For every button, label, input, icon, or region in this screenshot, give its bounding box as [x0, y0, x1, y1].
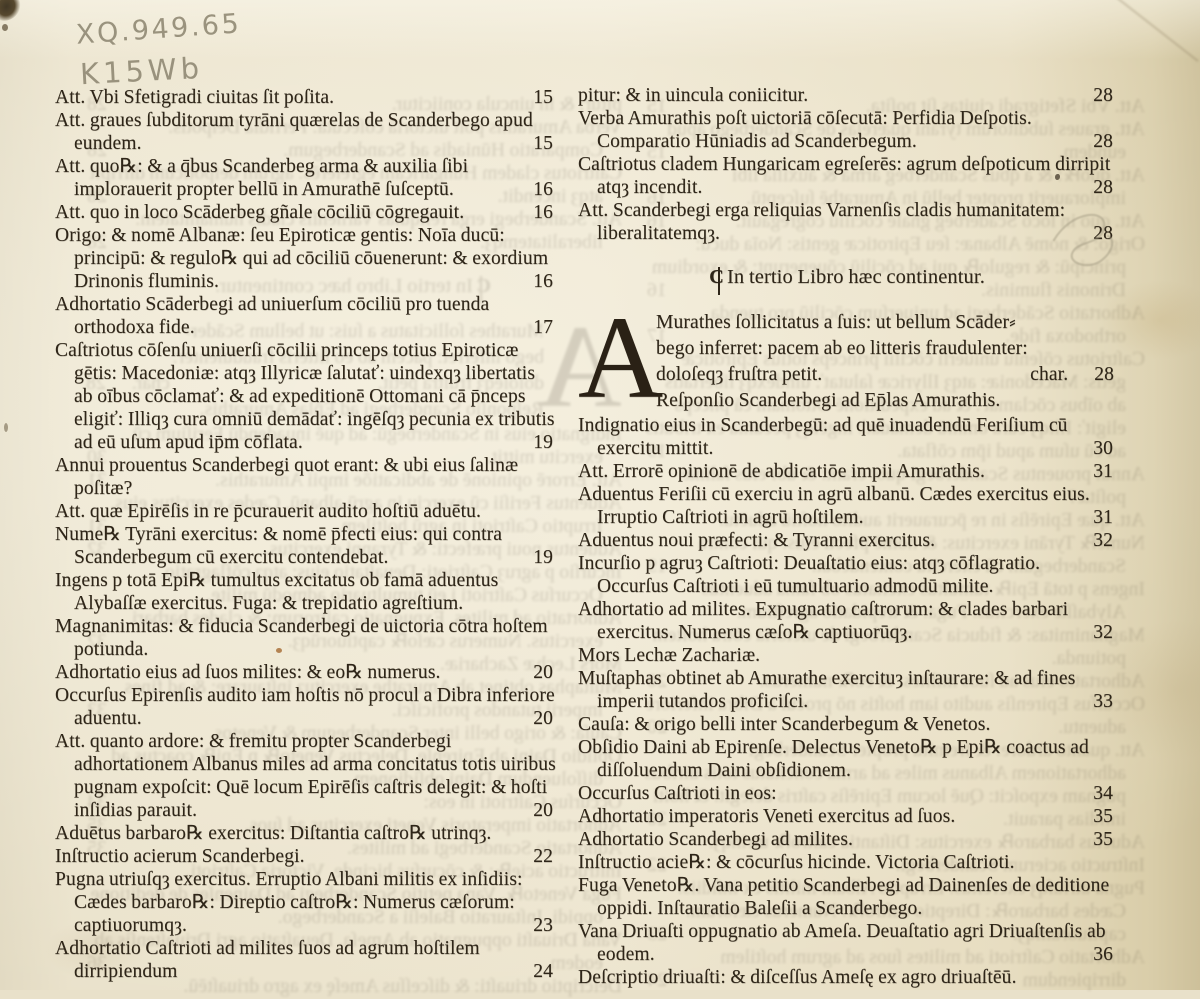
- toc-entry: Inſtructio acie℞: & cōcurſus hicinde. Vi…: [578, 851, 1116, 874]
- entry-text: Nume℞ Tyrāni exercitus: & nomē p̄fecti e…: [55, 524, 502, 568]
- opening-line: bego inferret: pacem ab eo litteris frau…: [578, 336, 1116, 362]
- toc-entry: Occurſus Caſtrioti in eos:34: [578, 782, 1116, 805]
- toc-entry: Att. Vbi Sfetigradi ciuitas ſit poſita.1…: [55, 86, 556, 109]
- toc-column-left: Att. Vbi Sfetigradi ciuitas ſit poſita.1…: [55, 86, 556, 983]
- entry-text: Att. quo in loco Scāderbeg gñale cōciliū…: [55, 202, 464, 223]
- page-number: 19: [533, 431, 553, 454]
- entry-text: Pugna utriuſqȝ exercitus. Erruptio Alban…: [55, 869, 523, 936]
- toc-entries-book3: Indignatio eius in Scanderbegū: ad quē i…: [578, 414, 1116, 989]
- page-number: 16: [533, 201, 553, 224]
- entry-text: Caſtriotus cōſenſu uniuerſi cōcilii prin…: [55, 340, 555, 453]
- toc-entry: Caſtriotus cōſenſu uniuerſi cōcilii prin…: [55, 339, 556, 454]
- entry-text: Adhortatio imperatoris Veneti exercitus …: [578, 806, 955, 827]
- toc-entry: Nume℞ Tyrāni exercitus: & nomē p̄fecti e…: [55, 523, 556, 569]
- page-number: 28: [1093, 176, 1113, 199]
- toc-entry: Pugna utriuſqȝ exercitus. Erruptio Alban…: [55, 868, 556, 937]
- page-number: 19: [533, 546, 553, 569]
- entry-text: Mors Lechæ Zachariæ.: [578, 645, 760, 666]
- toc-entry: Fuga Veneto℞. Vana petitio Scanderbegi a…: [578, 874, 1116, 920]
- toc-entry: Muſtaphas obtinet ab Amurathe exercituȝ …: [578, 667, 1116, 713]
- toc-entry: Att. Errorē opinionē de abdicatiōe impii…: [578, 460, 1116, 483]
- entry-text: Occurſus Caſtrioti in eos:: [578, 783, 777, 804]
- toc-entry: Att. quanto ardore: & fremitu propter Sc…: [55, 730, 556, 822]
- entry-text: Cauſa: & origo belli inter Scanderbegum …: [578, 714, 991, 735]
- page-number: 20: [533, 799, 553, 822]
- entry-text: Adhortatio Scanderbegi ad milites.: [578, 829, 853, 850]
- entry-text: Att. quanto ardore: & fremitu propter Sc…: [55, 731, 556, 821]
- entry-text: Aduentus Feriſii cū exerciu in agrū alba…: [578, 484, 1090, 528]
- entry-text: Annui prouentus Scanderbegi quot erant: …: [55, 455, 518, 499]
- page-number: 34: [1093, 782, 1113, 805]
- entry-text: Att. Scanderbegi erga reliquias Varnenſi…: [578, 200, 1065, 244]
- toc-entry: Aduentus noui præfecti: & Tyranni exerci…: [578, 529, 1116, 552]
- page-number: 31: [1093, 506, 1113, 529]
- capitulum-mark: C: [709, 266, 724, 289]
- toc-entries-book2-end: pitur: & in uincula coniicitur.28Verba A…: [578, 84, 1116, 245]
- page-number: 32: [1093, 529, 1113, 552]
- chapter-ref: char.28: [1030, 362, 1114, 388]
- opening-line-text: doloſeqȝ fruſtra petit.: [656, 364, 822, 385]
- toc-entry: pitur: & in uincula coniicitur.28: [578, 84, 1116, 107]
- entry-text: Inſtructio acie℞: & cōcurſus hicinde. Vi…: [578, 852, 1015, 873]
- page-number: 28: [1093, 130, 1113, 153]
- chapter-ref-page: 28: [1094, 364, 1114, 385]
- toc-entry: Occurſus Epirenſis audito iam hoſtis nō …: [55, 684, 556, 730]
- toc-entry: Adhortatio Scāderbegi ad uniuerſum cōcil…: [55, 293, 556, 339]
- entry-text: Ingens p totā Epi℞ tumultus excitatus ob…: [55, 570, 498, 614]
- paper-stain: [4, 423, 8, 432]
- ink-blot: [0, 0, 25, 26]
- toc-entry: Annui prouentus Scanderbegi quot erant: …: [55, 454, 556, 500]
- paper-crease: [1079, 0, 1198, 62]
- toc-entry: Att. quæ Epirēſis in re p̄curauerit audi…: [55, 500, 556, 523]
- toc-entry: Ingens p totā Epi℞ tumultus excitatus ob…: [55, 569, 556, 615]
- page-number: 30: [1093, 437, 1113, 460]
- toc-entry: Aduētus barbaro℞ exercitus: Diſtantia ca…: [55, 822, 556, 845]
- page-number: 17: [533, 316, 553, 339]
- toc-entry: Mors Lechæ Zachariæ.: [578, 644, 1116, 667]
- page-number: 23: [533, 914, 553, 937]
- toc-entry: Att. quo in loco Scāderbeg gñale cōciliū…: [55, 201, 556, 224]
- toc-entry: Adhortatio Caſtrioti ad milites ſuos ad …: [55, 937, 556, 983]
- page-number: 16: [533, 270, 553, 293]
- entry-text: pitur: & in uincula coniicitur.: [578, 85, 808, 106]
- entry-text: Aduētus barbaro℞ exercitus: Diſtantia ca…: [55, 823, 491, 844]
- entry-text: Muſtaphas obtinet ab Amurathe exercituȝ …: [578, 668, 1075, 712]
- page-number: 35: [1093, 828, 1113, 851]
- page-number: 35: [1093, 805, 1113, 828]
- toc-entry: Aduentus Feriſii cū exerciu in agrū alba…: [578, 483, 1116, 529]
- opening-response-line: Reſponſio Scanderbegi ad Ep̄las Amurathi…: [578, 388, 1116, 414]
- toc-entry: Adhortatio ad milites. Expugnatio caſtro…: [578, 598, 1116, 644]
- entry-text: Att. Errorē opinionē de abdicatiōe impii…: [578, 461, 985, 482]
- scanned-page: Att. Vbi Sfetigradi ciuitas ſit poſita.1…: [0, 0, 1200, 990]
- toc-entry: Indignatio eius in Scanderbegū: ad quē i…: [578, 414, 1116, 460]
- entry-text: Att. quæ Epirēſis in re p̄curauerit audi…: [55, 501, 481, 522]
- page-number: 15: [533, 86, 553, 109]
- entry-text: Magnanimitas: & fiducia Scanderbegi de u…: [55, 616, 548, 660]
- toc-entry: Att. Scanderbegi erga reliquias Varnenſi…: [578, 199, 1116, 245]
- section-heading: CIn tertio Libro hæc continentur.: [578, 266, 1116, 289]
- entry-text: Indignatio eius in Scanderbegū: ad quē i…: [578, 415, 1068, 459]
- entry-text: Aduentus noui præfecti: & Tyranni exerci…: [578, 530, 935, 551]
- entry-text: Adhortatio Caſtrioti ad milites ſuos ad …: [55, 938, 480, 982]
- toc-entry: Cauſa: & origo belli inter Scanderbegum …: [578, 713, 1116, 736]
- entry-text: Occurſus Epirenſis audito iam hoſtis nō …: [55, 685, 555, 729]
- toc-entry: Verba Amurathis poſt uictoriā cōſecutā: …: [578, 107, 1116, 153]
- page-number: 15: [533, 132, 553, 155]
- toc-entry: Adhortatio eius ad ſuos milites: & eo℞ n…: [55, 661, 556, 684]
- page-number: 16: [533, 178, 553, 201]
- toc-entry: Deſcriptio driuaſti: & diſceſſus Ameſę e…: [578, 966, 1116, 989]
- shelfmark-line1: XQ.949.65: [75, 8, 242, 50]
- chapter-ref-label: char.: [1030, 364, 1068, 385]
- toc-column-right: pitur: & in uincula coniicitur.28Verba A…: [578, 84, 1116, 989]
- toc-entry: Obſidio Daini ab Epirenſe. Delectus Vene…: [578, 736, 1116, 782]
- shelfmark-line2: K15Wb: [79, 51, 204, 91]
- page-number: 31: [1093, 460, 1113, 483]
- entry-text: Obſidio Daini ab Epirenſe. Delectus Vene…: [578, 737, 1089, 781]
- toc-entry: Caſtriotus cladem Hungaricam egreſerēs: …: [578, 153, 1116, 199]
- entry-text: Adhortatio eius ad ſuos milites: & eo℞ n…: [55, 662, 441, 683]
- page-number: 28: [1093, 222, 1113, 245]
- entry-text: Inſtructio acierum Scanderbegi.: [55, 846, 305, 867]
- entry-text: Caſtriotus cladem Hungaricam egreſerēs: …: [578, 154, 1110, 198]
- page-number: 24: [533, 960, 553, 983]
- opening-line: Murathes ſollicitatus a ſuis: ut bellum …: [578, 310, 1116, 336]
- drop-cap-A: A: [578, 310, 656, 405]
- page-number: 22: [533, 845, 553, 868]
- entry-text: Incurſio p agruȝ Caſtrioti: Deuaſtatio e…: [578, 553, 1040, 597]
- entry-text: Att. quo℞: & a q̄bus Scanderbeg arma & a…: [55, 156, 468, 200]
- entry-text: Origo: & nomē Albanæ: ſeu Epiroticæ gent…: [55, 225, 548, 292]
- entry-text: Deſcriptio driuaſti: & diſceſſus Ameſę e…: [578, 967, 1017, 988]
- page-number: 36: [1093, 943, 1113, 966]
- toc-entry: Adhortatio imperatoris Veneti exercitus …: [578, 805, 1116, 828]
- page-number: 33: [1093, 690, 1113, 713]
- opening-line: char.28doloſeqȝ fruſtra petit.: [578, 362, 1116, 388]
- ink-dot: [2, 24, 8, 31]
- toc-entry: Incurſio p agruȝ Caſtrioti: Deuaſtatio e…: [578, 552, 1116, 598]
- entry-text: Adhortatio Scāderbegi ad uniuerſum cōcil…: [55, 294, 489, 338]
- toc-entry: Magnanimitas: & fiducia Scanderbegi de u…: [55, 615, 556, 661]
- entry-text: Adhortatio ad milites. Expugnatio caſtro…: [578, 599, 1068, 643]
- section-heading-text: In tertio Libro hæc continentur.: [727, 266, 985, 288]
- book3-opening: A Murathes ſollicitatus a ſuis: ut bellu…: [578, 310, 1116, 414]
- toc-entry: Origo: & nomē Albanæ: ſeu Epiroticæ gent…: [55, 224, 556, 293]
- entry-text: Verba Amurathis poſt uictoriā cōſecutā: …: [578, 108, 1032, 152]
- toc-entry: Adhortatio Scanderbegi ad milites.35: [578, 828, 1116, 851]
- page-number: 32: [1093, 621, 1113, 644]
- toc-entry: Vana Driuaſti oppugnatio ab Ameſa. Deuaſ…: [578, 920, 1116, 966]
- toc-entry: Att. quo℞: & a q̄bus Scanderbeg arma & a…: [55, 155, 556, 201]
- page-number: 20: [533, 661, 553, 684]
- toc-entry: Att. graues ſubditorum tyrāni quærelas d…: [55, 109, 556, 155]
- entry-text: Att. graues ſubditorum tyrāni quærelas d…: [55, 110, 533, 154]
- page-number: 20: [533, 707, 553, 730]
- entry-text: Fuga Veneto℞. Vana petitio Scanderbegi a…: [578, 875, 1109, 919]
- toc-entry: Inſtructio acierum Scanderbegi.22: [55, 845, 556, 868]
- entry-text: Vana Driuaſti oppugnatio ab Ameſa. Deuaſ…: [578, 921, 1106, 965]
- page-number: 28: [1093, 84, 1113, 107]
